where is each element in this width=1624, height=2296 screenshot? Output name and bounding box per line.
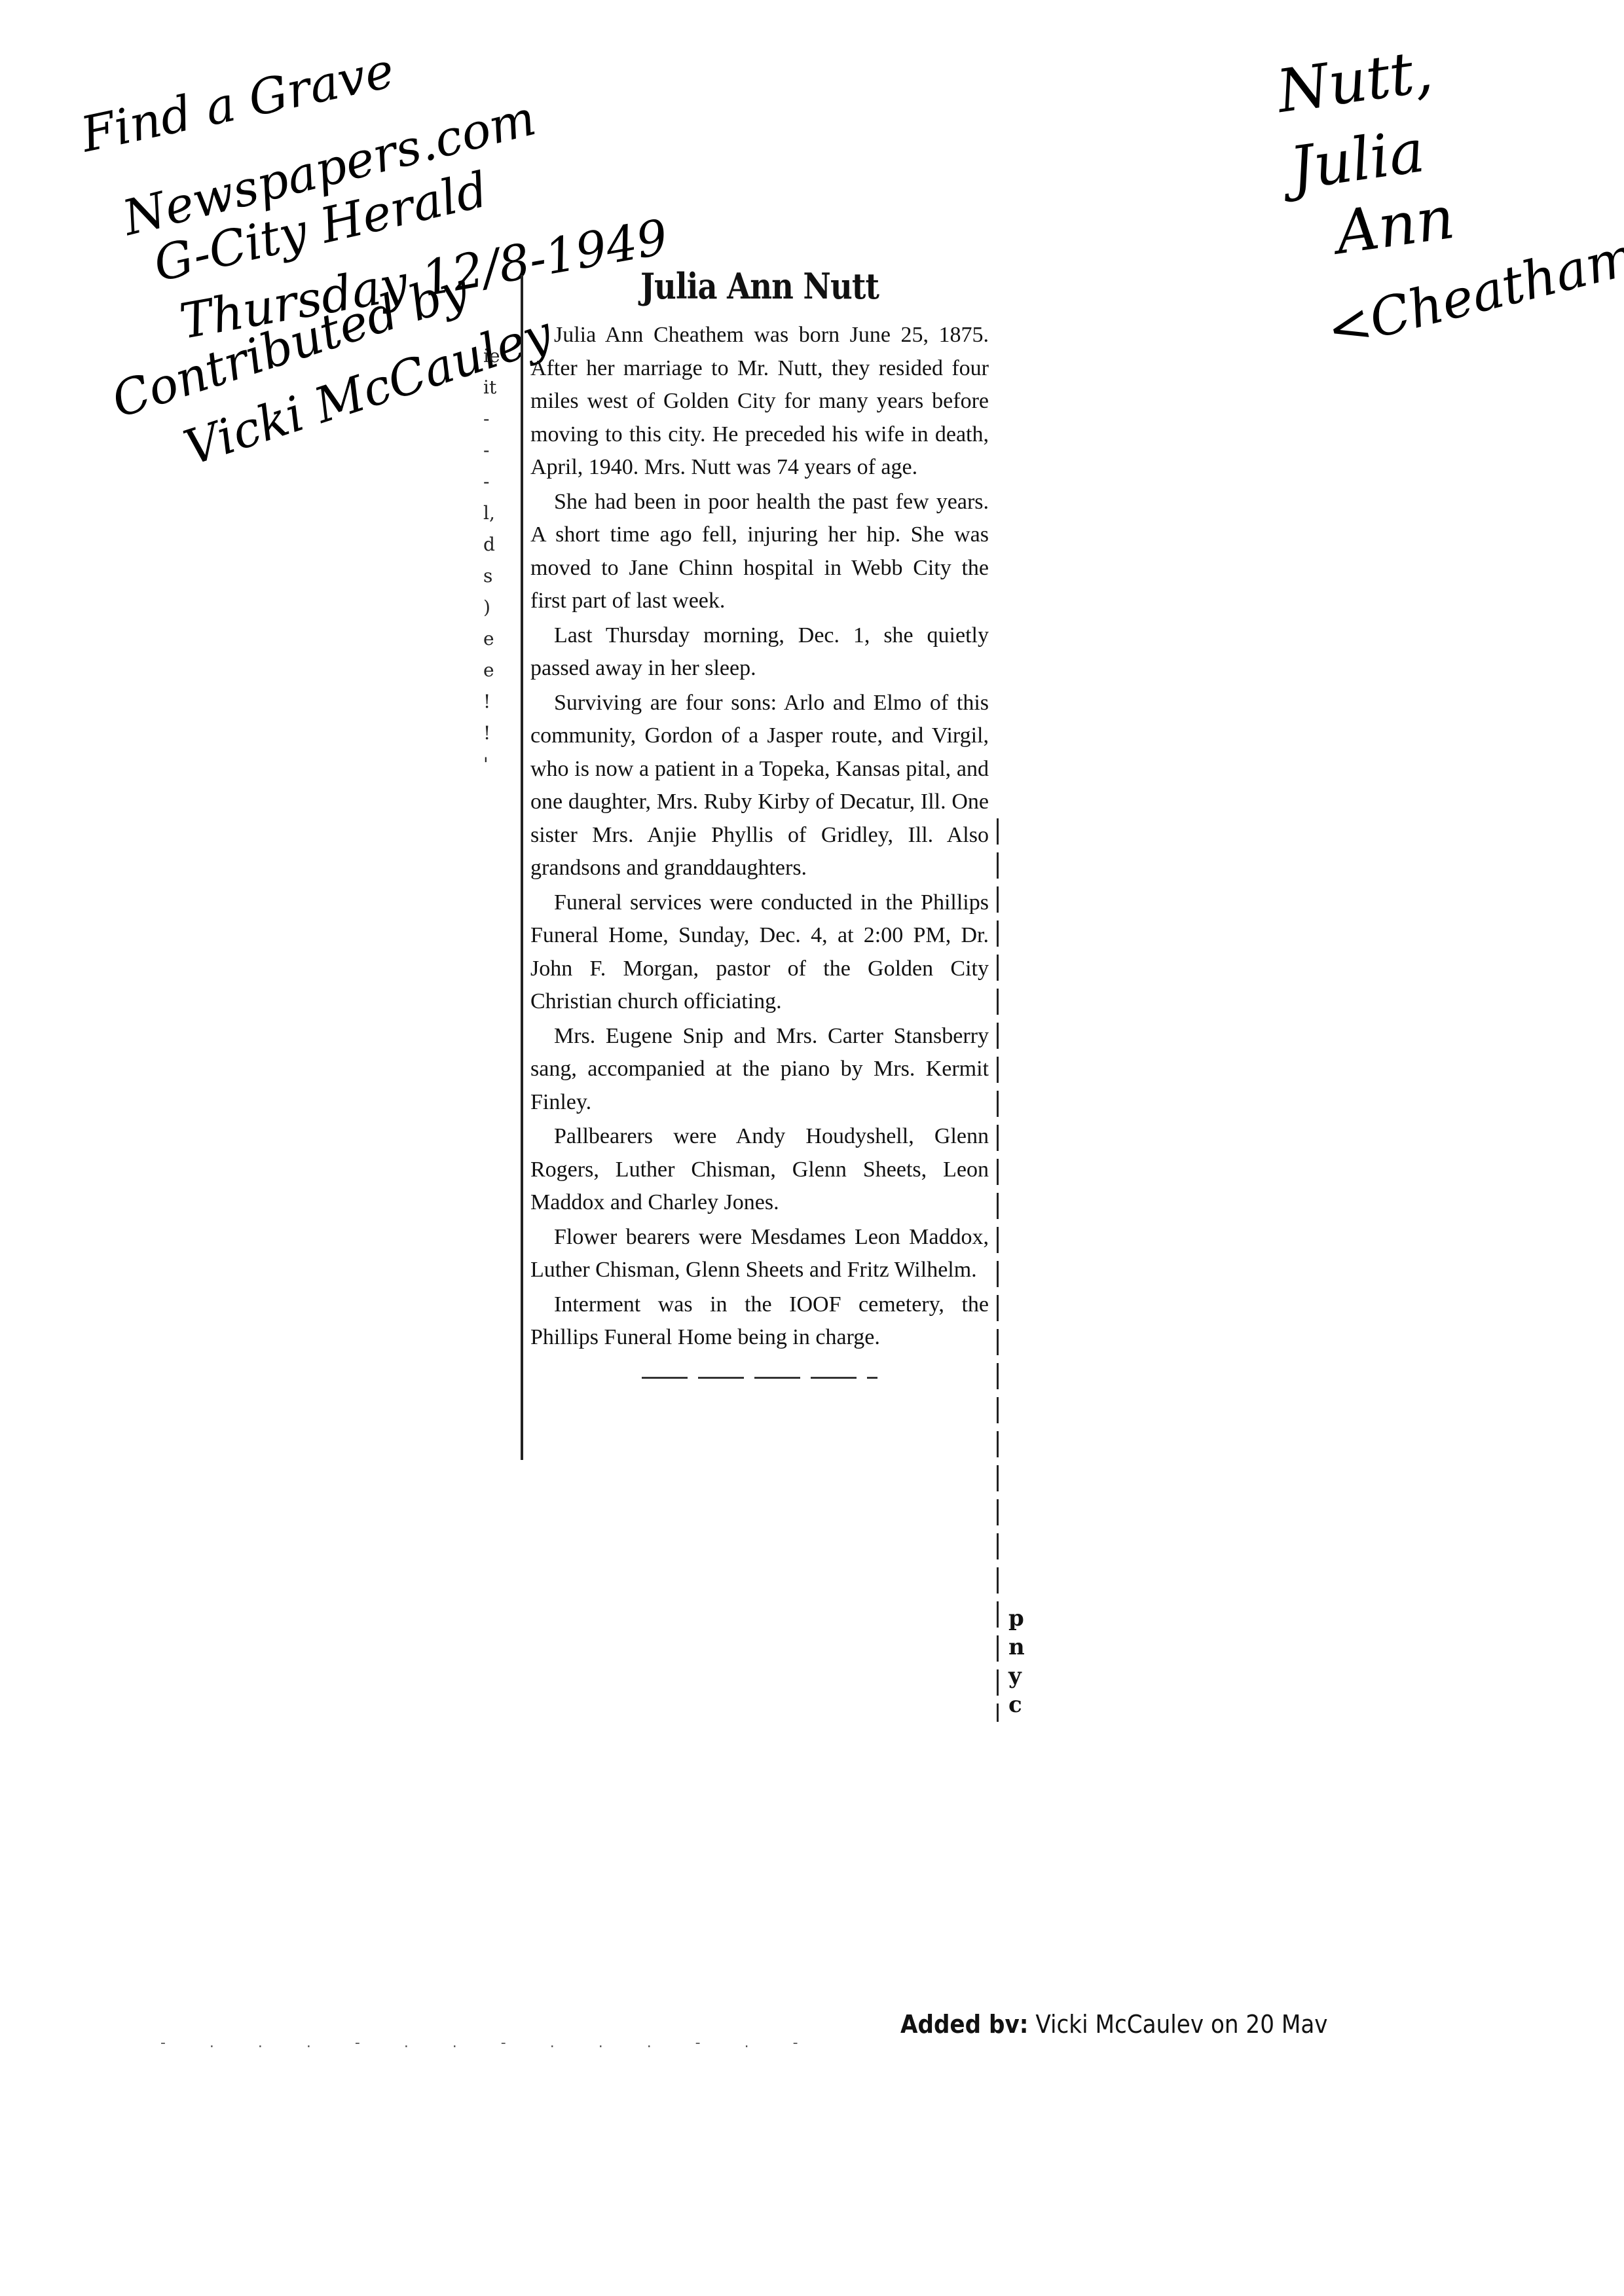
- fragment-glyph: !: [483, 718, 516, 749]
- added-by-value: Vicki McCaulev on 20 Mav: [1035, 2010, 1327, 2039]
- fragment-glyph: l,: [483, 498, 516, 529]
- obituary-body: Julia Ann Cheathem was born June 25, 187…: [530, 319, 989, 1355]
- note-middle-name: Ann: [1333, 189, 1458, 263]
- obituary-clipping: Julia Ann Nutt Julia Ann Cheathem was bo…: [530, 265, 989, 1379]
- fragment-glyph: -: [483, 435, 516, 466]
- obituary-paragraph: Last Thursday morning, Dec. 1, she quiet…: [530, 619, 989, 685]
- adjacent-column-left-fragments: ieit---l,ds)ee!!': [483, 340, 516, 780]
- obituary-paragraph: Surviving are four sons: Arlo and Elmo o…: [530, 687, 989, 885]
- column-rule-right: [997, 818, 999, 1722]
- obituary-paragraph: She had been in poor health the past few…: [530, 486, 989, 618]
- fragment-glyph: p: [1008, 1604, 1028, 1633]
- fragment-glyph: !: [483, 686, 516, 718]
- obituary-paragraph: Pallbearers were Andy Houdyshell, Glenn …: [530, 1120, 989, 1220]
- fragment-glyph: y: [1008, 1662, 1028, 1690]
- obituary-paragraph: Flower bearers were Mesdames Leon Maddox…: [530, 1221, 989, 1287]
- note-first-name: Julia: [1287, 122, 1428, 199]
- fragment-glyph: c: [1008, 1690, 1028, 1719]
- fragment-glyph: d: [483, 529, 516, 560]
- note-surname: Nutt,: [1274, 42, 1436, 122]
- added-by-label: Added bv:: [900, 2010, 1028, 2039]
- obituary-paragraph: Interment was in the IOOF cemetery, the …: [530, 1288, 989, 1355]
- faded-footer-text: - . . . - . . - . . . - . -: [160, 2035, 818, 2051]
- column-rule-left: [521, 275, 523, 1460]
- obituary-paragraph: Mrs. Eugene Snip and Mrs. Carter Stansbe…: [530, 1020, 989, 1120]
- fragment-glyph: it: [483, 372, 516, 403]
- fragment-glyph: ie: [483, 340, 516, 372]
- end-rule: [642, 1377, 877, 1379]
- handwritten-name-note: Nutt, Julia Ann <Cheatham>: [1264, 39, 1617, 354]
- obituary-headline: Julia Ann Nutt: [563, 265, 957, 307]
- obituary-paragraph: Julia Ann Cheathem was born June 25, 187…: [530, 319, 989, 484]
- fragment-glyph: -: [483, 466, 516, 498]
- obituary-paragraph: Funeral services were conducted in the P…: [530, 886, 989, 1019]
- fragment-glyph: ): [483, 592, 516, 623]
- fragment-glyph: s: [483, 560, 516, 592]
- fragment-glyph: -: [483, 403, 516, 435]
- fragment-glyph: e: [483, 623, 516, 655]
- fragment-glyph: e: [483, 655, 516, 686]
- adjacent-column-right-fragments: pnyc: [1008, 1604, 1028, 1719]
- added-by-line: Added bv: Vicki McCaulev on 20 Mav: [900, 2010, 1328, 2039]
- fragment-glyph: n: [1008, 1633, 1028, 1662]
- fragment-glyph: ': [483, 749, 516, 780]
